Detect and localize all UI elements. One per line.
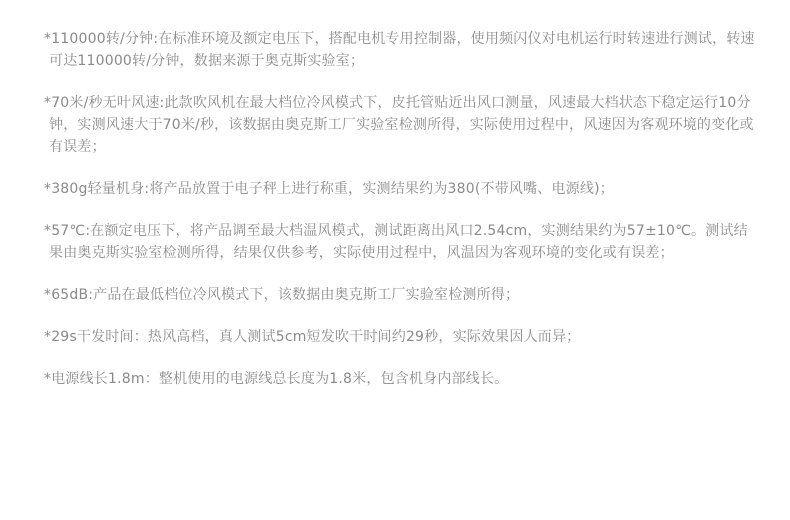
footnote-cord-length: *电源线长1.8m：整机使用的电源线总长度为1.8米，包含机身内部线长。 [44,368,756,390]
footnote-text: 65dB:产品在最低档位冷风模式下，该数据由奥克斯工厂实验室检测所得； [51,287,519,303]
footnote-text: 29s干发时间：热风高档，真人测试5cm短发吹干时间约29秒，实际效果因人而异； [51,329,580,345]
footnote-text: 110000转/分钟:在标准环境及额定电压下，搭配电机专用控制器，使用频闪仪对电… [49,31,755,69]
footnote-text: 电源线长1.8m：整机使用的电源线总长度为1.8米，包含机身内部线长。 [51,371,508,387]
footnote-weight: *380g轻量机身:将产品放置于电子秤上进行称重，实测结果约为380(不带风嘴、… [44,178,756,200]
footnote-noise: *65dB:产品在最低档位冷风模式下，该数据由奥克斯工厂实验室检测所得； [44,284,756,306]
footnote-temperature: *57℃:在额定电压下，将产品调至最大档温风模式，测试距离出风口2.54cm，实… [44,220,756,264]
footnote-rotation-speed: *110000转/分钟:在标准环境及额定电压下，搭配电机专用控制器，使用频闪仪对… [44,28,756,72]
spec-footnotes: *110000转/分钟:在标准环境及额定电压下，搭配电机专用控制器，使用频闪仪对… [44,28,756,410]
footnote-wind-speed: *70米/秒无叶风速:此款吹风机在最大档位冷风模式下，皮托管贴近出风口测量，风速… [44,92,756,158]
footnote-text: 70米/秒无叶风速:此款吹风机在最大档位冷风模式下，皮托管贴近出风口测量，风速最… [49,95,754,155]
footnote-dry-time: *29s干发时间：热风高档，真人测试5cm短发吹干时间约29秒，实际效果因人而异… [44,326,756,348]
footnote-text: 57℃:在额定电压下，将产品调至最大档温风模式，测试距离出风口2.54cm，实测… [49,223,748,261]
footnote-text: 380g轻量机身:将产品放置于电子秤上进行称重，实测结果约为380(不带风嘴、电… [51,181,614,197]
